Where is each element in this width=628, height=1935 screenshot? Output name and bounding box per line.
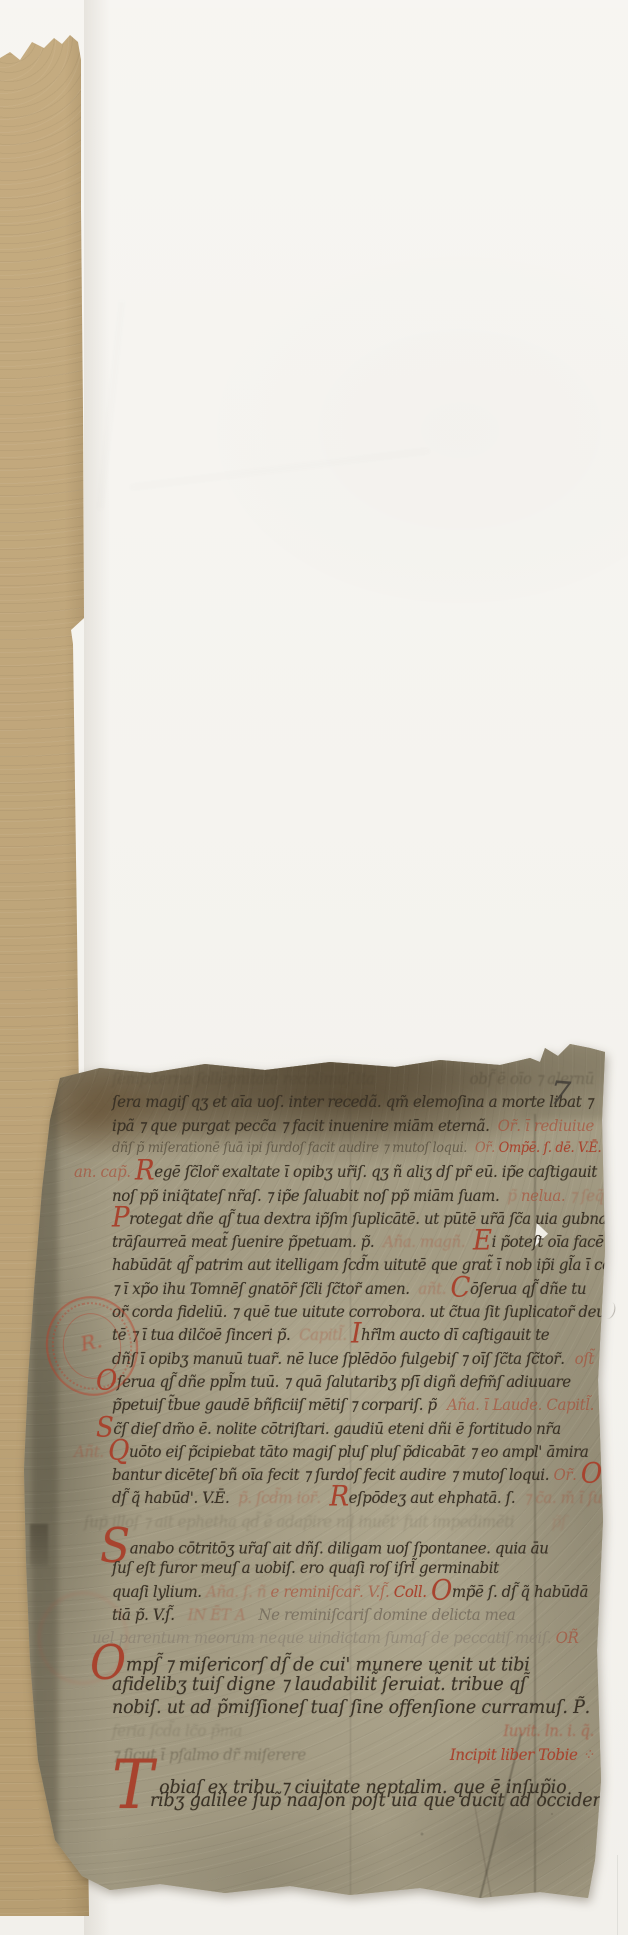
text-segment: p̃petuiſ t̃bue gaudē bñficiiſ mētiſ ⁊ co… (112, 1394, 437, 1416)
text-segment: c̃ſ dieſ dm̃o ē. nolite cōtriſtari. gaud… (113, 1418, 560, 1440)
text-segment: ⁊ ſeq̃. (565, 1185, 608, 1207)
text-segment: Incipit liber Tobie (450, 1744, 578, 1766)
text-segment: ⁊ c̃a. m̃ ī ſup̃ (515, 1487, 611, 1509)
text-segment: eſpōdeʒ aut ehphatā. ſ. (349, 1487, 516, 1509)
manuscript-line: Sc̃ſ dieſ dm̃o ē. nolite cōtriſtari. gau… (96, 1418, 578, 1440)
text-segment: dñſ ī opibʒ manuū tuar̃. nē luce ſplēdōo… (112, 1348, 565, 1370)
leaf-text: ſempiterna ſollēpnitate recolimuſ itaobſ… (22, 1044, 608, 1904)
text-segment: Or̃. ī rediuiue (498, 1115, 594, 1137)
text-segment: egē ſc̃lor̃ exaltate ī opibʒ ur̃iſ. qʒ ñ… (154, 1161, 597, 1183)
manuscript-line: quaſi lylium. Aña. ſ. ñ e reminiſcar̃. V… (112, 1581, 594, 1603)
scanned-page: ſempiterna ſollēpnitate recolimuſ itaobſ… (0, 0, 628, 1935)
text-segment: tē ⁊ ī tua dilc̃oē ſinceri p̃. (112, 1324, 290, 1346)
text-segment: hr̃lm aucto dī caſtigauit te (361, 1324, 549, 1346)
text-segment: Capitl̃. (290, 1324, 351, 1346)
text-segment: C (451, 1282, 471, 1293)
text-segment: OR̃ (551, 1627, 578, 1649)
page-crease (131, 450, 429, 489)
folio-number: 7 (548, 1073, 572, 1113)
text-segment: ſup̃ illoſ ⁊ ait ephetha qd̃ ē adap̃ire … (84, 1511, 514, 1533)
text-segment: P (112, 1212, 129, 1223)
manuscript-line: afidelibʒ tuiſ digne ⁊ laudabilit̃ ſerui… (112, 1674, 594, 1696)
text-segment: anabo cōtritōʒ ur̃aſ ait dñſ. diligam uo… (130, 1537, 549, 1559)
text-segment: T (112, 1782, 153, 1788)
manuscript-line: ſempiterna ſollēpnitate recolimuſ itaobſ… (112, 1068, 594, 1090)
text-segment: añt. (410, 1278, 451, 1300)
text-segment: Or̃. (549, 1464, 581, 1486)
manuscript-line: trāſaurreā meat̃ ſuenire p̃petuam. p̃. A… (112, 1231, 594, 1253)
text-segment: R (135, 1166, 154, 1177)
text-segment: i p̃oteſt oīa facē ſup̃ (492, 1231, 628, 1253)
text-segment: ſempiterna ſollēpnitate recolimuſ ita (112, 1068, 375, 1090)
text-segment: uel parentum meorum neque uindictam ſuma… (92, 1627, 551, 1649)
text-segment: Or̃. (475, 1138, 495, 1160)
text-segment: ⁘ (577, 1744, 594, 1766)
text-segment: rotegat dñe qſ̃ tua dextra ip̃ſm ſuplicā… (129, 1208, 628, 1230)
text-segment: or̃ corda fideliū. ⁊ quē tue uitute corr… (112, 1301, 614, 1323)
manuscript-line: feria ſcd̃a lc̃o p̃maIuvit. ln. i. q̃. (112, 1720, 594, 1742)
manuscript-line: dſ̃ q̃ habūd'. V.Ē. p̃. ſcd̃m ior̃. Reſp… (112, 1487, 594, 1509)
text-segment: dñſ p̃ miſerationē ſuā ipi ſurdoſ facit … (112, 1138, 467, 1160)
manuscript-line: Añt. Quōto eiſ p̃cipiebat tāto magiſ plu… (74, 1441, 556, 1463)
text-segment: ſerua qſ̃ dñe ppl̃m tuū. ⁊ quā ſalutarib… (117, 1371, 571, 1393)
manuscript-line: p̃petuiſ t̃bue gaudē bñficiiſ mētiſ ⁊ co… (112, 1394, 594, 1416)
text-segment: afidelibʒ tuiſ digne ⁊ laudabilit̃ ſerui… (112, 1674, 526, 1696)
text-segment: S (96, 1422, 113, 1433)
text-segment: Iuvit. ln. i. q̃. (503, 1720, 594, 1742)
text-segment: an. cap̃. (74, 1161, 135, 1183)
text-segment: noſ pp̃ iniq̃tateſ nr̃aſ. ⁊ ip̃e ſaluabi… (112, 1185, 499, 1207)
manuscript-line: Sanabo cōtritōʒ ur̃aſ ait dñſ. diligam u… (100, 1534, 582, 1559)
manuscript-line: ſera magiſ qʒ et aīa uoſ. inter recedã. … (112, 1091, 594, 1113)
text-segment: ribʒ galilee ſup̃ naaſon poſt uiā que du… (150, 1790, 628, 1812)
text-segment: mpſ̃ ⁊ miſericorſ dſ̃ de cui' munere uen… (126, 1654, 530, 1676)
text-segment: p̃. ſcd̃m ior̃. (229, 1487, 329, 1509)
manuscript-line: dñſ ī opibʒ manuū tuar̃. nē luce ſplēdōo… (112, 1348, 594, 1370)
text-segment: p̃ (507, 1185, 521, 1207)
manuscript-line: bantur dicēteſ bñ oīa fecit ⁊ ſurdoſ fec… (112, 1464, 594, 1486)
text-segment: mp̃ē ſ. dſ̃ q̃ habūdā (452, 1581, 588, 1603)
text-segment: Aña. magñ. (374, 1231, 465, 1253)
manuscript-leaf: ſempiterna ſollēpnitate recolimuſ itaobſ… (22, 1044, 608, 1904)
text-segment: feria ſcd̃a lc̃o p̃ma (112, 1720, 242, 1742)
text-segment: oſt̃ (575, 1348, 594, 1370)
text-segment: Q (108, 1445, 129, 1456)
manuscript-line: Protegat dñe qſ̃ tua dextra ip̃ſm ſuplic… (112, 1208, 594, 1230)
text-segment: ōſerua qſ̃ dñe tu (470, 1278, 586, 1300)
manuscript-line: tē ⁊ ī tua dilc̃oē ſinceri p̃. Capitl̃. … (112, 1324, 594, 1346)
text-segment: p̃ſ (552, 1511, 566, 1533)
text-segment: ſera magiſ qʒ et aīa uoſ. inter recedã. … (112, 1091, 593, 1113)
manuscript-line: ipã ⁊ que purgat pecc̃a ⁊ facit inuenire… (112, 1115, 594, 1137)
manuscript-line: Ompſ̃ ⁊ miſericorſ dſ̃ de cui' munere ue… (90, 1651, 572, 1676)
text-segment: R (329, 1492, 348, 1503)
page-edge-line (617, 1855, 618, 1935)
text-segment: trāſaurreā meat̃ ſuenire p̃petuam. p̃. (112, 1231, 374, 1253)
manuscript-line: tiā p̃. V.ſ̃. IN ĒT A Ne reminiſcariſ do… (112, 1604, 594, 1626)
manuscript-line: ⁊ ſicut ī pſalmo dr̃ miſerereIncipit lib… (112, 1744, 594, 1766)
text-segment: O (431, 1585, 452, 1596)
manuscript-line: ſuſ eſt furor meuſ a uobiſ. ero quaſi ro… (112, 1557, 594, 1579)
text-segment: obſ̃ ē oīo ⁊ alernū (470, 1068, 594, 1090)
text-segment: dſ̃ q̃ habūd'. V.Ē. (112, 1487, 229, 1509)
text-segment: S (100, 1543, 130, 1552)
text-segment: Ne reminiſcariſ domine delicta mea (258, 1604, 515, 1626)
parchment: ſempiterna ſollēpnitate recolimuſ itaobſ… (22, 1044, 608, 1904)
text-segment: Añt. (74, 1441, 108, 1463)
manuscript-line: ſup̃ illoſ ⁊ ait ephetha qd̃ ē adap̃ire … (84, 1511, 566, 1533)
manuscript-line: uel parentum meorum neque uindictam ſuma… (92, 1627, 574, 1649)
manuscript-line: habūdāt qſ̃ patrim aut itelligam ſcd̃m u… (112, 1254, 594, 1276)
manuscript-line: Oſerua qſ̃ dñe ppl̃m tuū. ⁊ quā ſalutari… (96, 1371, 578, 1393)
text-segment: E (465, 1235, 491, 1246)
text-segment: Coll. (389, 1581, 431, 1603)
text-segment: quaſi lylium. (112, 1581, 202, 1603)
manuscript-line: ribʒ galilee ſup̃ naaſon poſt uiā que du… (150, 1790, 628, 1812)
manuscript-line: an. cap̃. Regē ſc̃lor̃ exaltate ī opibʒ … (74, 1161, 556, 1183)
text-segment: habūdāt qſ̃ patrim aut itelligam ſcd̃m u… (112, 1254, 628, 1276)
manuscript-line: noſ pp̃ iniq̃tateſ nr̃aſ. ⁊ ip̃e ſaluabi… (112, 1185, 594, 1207)
manuscript-line: ⁊ ī xp̃o ihu Tomnēſ gnatōr̃ ſc̃li ſc̃tor… (112, 1278, 594, 1300)
text-segment: ipã ⁊ que purgat pecc̃a ⁊ facit inuenire… (112, 1115, 489, 1137)
text-segment: nelua. (521, 1185, 565, 1207)
text-segment: uōto eiſ p̃cipiebat tāto magiſ pluſ pluſ… (129, 1441, 589, 1463)
text-segment: O (581, 1468, 602, 1479)
text-segment: Omp̃ē. ſ. dē. V.Ē. (495, 1138, 601, 1160)
text-segment: nobiſ. ut ad p̃miſſioneſ tuaſ ſine offen… (112, 1697, 590, 1719)
text-segment: Aña. ſ. ñ (202, 1581, 271, 1603)
text-segment: IN ĒT A (175, 1604, 259, 1626)
text-segment: Aña. ī Laude. Capitl̃. (447, 1394, 594, 1416)
manuscript-line: dñſ p̃ miſerationē ſuā ipi ſurdoſ facit … (112, 1138, 594, 1160)
text-segment: I (351, 1329, 361, 1340)
manuscript-line: nobiſ. ut ad p̃miſſioneſ tuaſ ſine offen… (112, 1697, 594, 1719)
text-segment: ⁊ ī xp̃o ihu Tomnēſ gnatōr̃ ſc̃li ſc̃tor… (112, 1278, 410, 1300)
text-segment: e reminiſcar̃. V.ſ̃. (271, 1581, 390, 1603)
